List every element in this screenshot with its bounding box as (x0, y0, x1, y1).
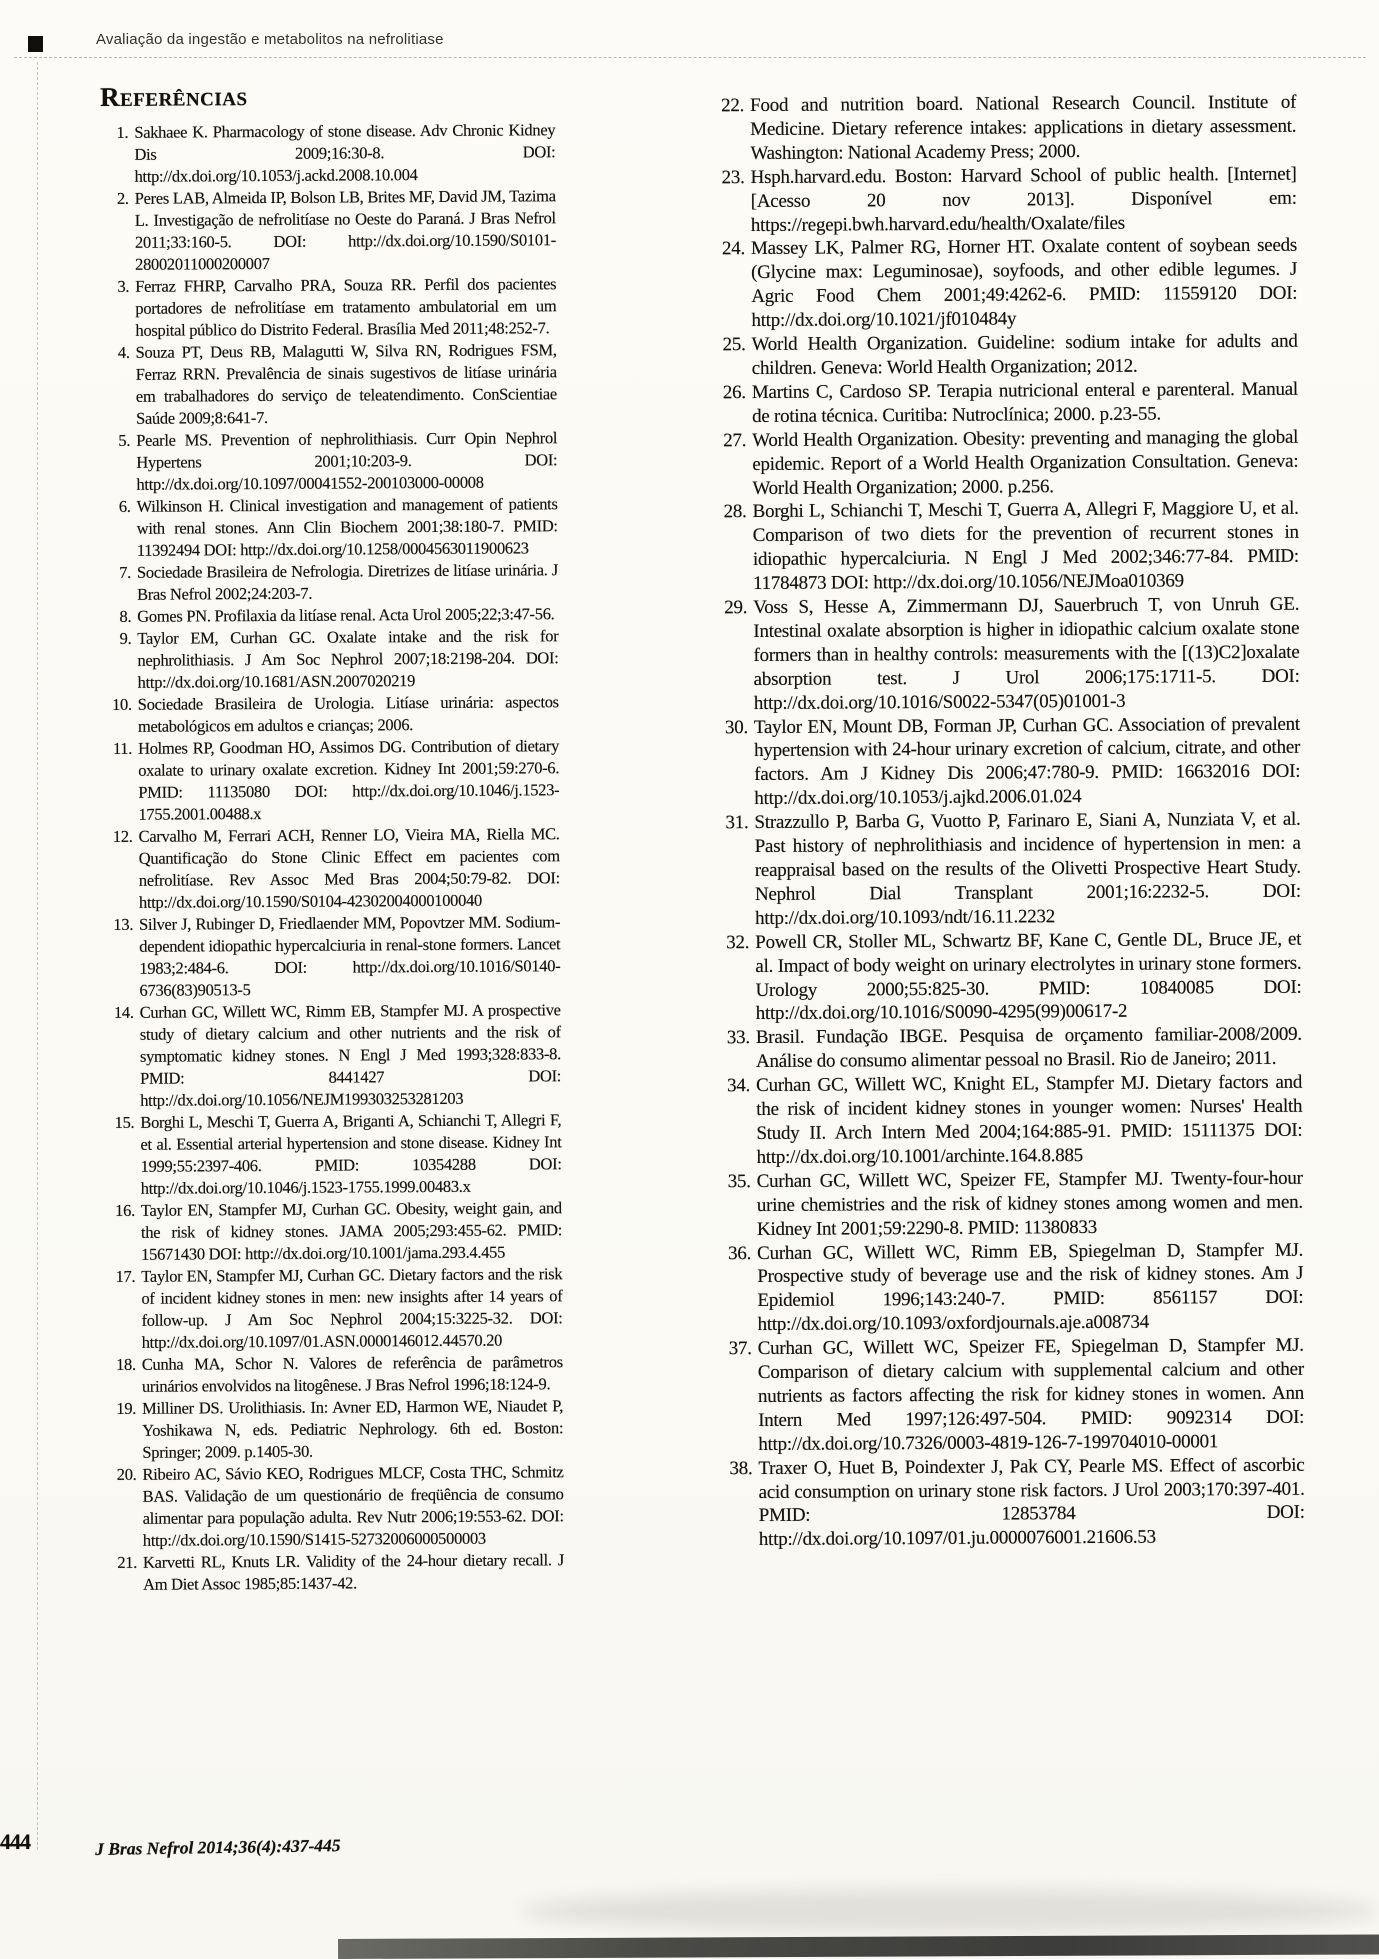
reference-number: 14. (106, 1002, 141, 1112)
reference-text: Massey LK, Palmer RG, Horner HT. Oxalate… (751, 234, 1298, 333)
scan-smudge-artifact (520, 1890, 1379, 1932)
reference-item: 5.Pearle MS. Prevention of nephrolithias… (102, 427, 557, 496)
reference-number: 6. (103, 496, 137, 562)
reference-item: 17.Taylor EN, Stampfer MJ, Curhan GC. Di… (107, 1263, 563, 1354)
running-header-title: Avaliação da ingestão e metabolitos na n… (96, 31, 444, 48)
reference-item: 16.Taylor EN, Stampfer MJ, Curhan GC. Ob… (107, 1197, 562, 1266)
reference-text: Curhan GC, Willett WC, Knight EL, Stampf… (756, 1071, 1303, 1170)
reference-text: World Health Organization. Obesity: prev… (752, 425, 1298, 500)
references-column-left: Referências 1.Sakhaee K. Pharmacology of… (100, 83, 564, 1596)
reference-item: 23.Hsph.harvard.edu. Boston: Harvard Sch… (708, 162, 1297, 237)
reference-number: 28. (710, 500, 754, 596)
reference-text: Souza PT, Deus RB, Malagutti W, Silva RN… (136, 339, 558, 430)
reference-item: 9.Taylor EM, Curhan GC. Oxalate intake a… (103, 625, 558, 694)
reference-number: 18. (108, 1354, 142, 1398)
reference-item: 28.Borghi L, Schianchi T, Meschi T, Guer… (710, 497, 1300, 596)
reference-text: Food and nutrition board. National Resea… (750, 91, 1296, 166)
reference-item: 37.Curhan GC, Willett WC, Speizer FE, Sp… (715, 1334, 1305, 1457)
reference-text: Curhan GC, Willett WC, Speizer FE, Stamp… (757, 1166, 1303, 1241)
reference-text: Taylor EN, Mount DB, Forman JP, Curhan G… (754, 712, 1301, 811)
reference-item: 34.Curhan GC, Willett WC, Knight EL, Sta… (713, 1071, 1303, 1170)
reference-number: 35. (714, 1170, 757, 1242)
reference-item: 35.Curhan GC, Willett WC, Speizer FE, St… (714, 1166, 1303, 1241)
reference-number: 4. (102, 342, 137, 430)
reference-text: Sociedade Brasileira de Nefrologia. Dire… (137, 559, 558, 606)
reference-text: Curhan GC, Willett WC, Rimm EB, Stampfer… (140, 999, 562, 1112)
reference-item: 14.Curhan GC, Willett WC, Rimm EB, Stamp… (106, 999, 562, 1112)
reference-item: 4.Souza PT, Deus RB, Malagutti W, Silva … (102, 339, 558, 430)
reference-text: Wilkinson H. Clinical investigation and … (137, 493, 558, 562)
reference-item: 11.Holmes RP, Goodman HO, Assimos DG. Co… (104, 735, 560, 826)
reference-text: Strazzullo P, Barba G, Vuotto P, Farinar… (754, 808, 1301, 931)
reference-text: Brasil. Fundação IBGE. Pesquisa de orçam… (756, 1023, 1302, 1074)
reference-text: Curhan GC, Willett WC, Speizer FE, Spieg… (758, 1334, 1305, 1457)
left-fold-mark (37, 62, 38, 1850)
reference-item: 18.Cunha MA, Schor N. Valores de referên… (108, 1351, 563, 1398)
reference-item: 7.Sociedade Brasileira de Nefrologia. Di… (103, 559, 558, 606)
reference-number: 27. (709, 429, 752, 501)
reference-number: 33. (713, 1026, 756, 1074)
reference-item: 31.Strazzullo P, Barba G, Vuotto P, Fari… (711, 808, 1301, 931)
scan-dark-band-artifact (338, 1934, 1379, 1959)
reference-number: 30. (711, 716, 755, 812)
reference-text: Holmes RP, Goodman HO, Assimos DG. Contr… (138, 735, 560, 826)
reference-item: 30.Taylor EN, Mount DB, Forman JP, Curha… (711, 712, 1301, 811)
reference-number: 1. (100, 122, 134, 188)
reference-text: Taylor EN, Stampfer MJ, Curhan GC. Dieta… (141, 1263, 563, 1354)
reference-text: Powell CR, Stoller ML, Schwartz BF, Kane… (755, 927, 1302, 1026)
reference-text: Sociedade Brasileira de Urologia. Litías… (138, 691, 559, 738)
reference-item: 32.Powell CR, Stoller ML, Schwartz BF, K… (712, 927, 1302, 1026)
reference-item: 27.World Health Organization. Obesity: p… (709, 425, 1298, 500)
reference-text: Milliner DS. Urolithiasis. In: Avner ED,… (142, 1395, 563, 1464)
reference-number: 29. (710, 596, 754, 716)
reference-number: 36. (714, 1242, 758, 1338)
reference-text: World Health Organization. Guideline: so… (752, 330, 1298, 381)
reference-text: Silver J, Rubinger D, Friedlaender MM, P… (139, 911, 561, 1002)
reference-number: 17. (107, 1266, 142, 1354)
reference-text: Carvalho M, Ferrari ACH, Renner LO, Viei… (139, 823, 561, 914)
reference-number: 21. (109, 1552, 143, 1596)
reference-text: Voss S, Hesse A, Zimmermann DJ, Sauerbru… (753, 593, 1300, 716)
reference-number: 8. (103, 606, 137, 628)
reference-item: 33.Brasil. Fundação IBGE. Pesquisa de or… (713, 1023, 1302, 1074)
reference-text: Karvetti RL, Knuts LR. Validity of the 2… (143, 1549, 564, 1596)
references-list-left: 1.Sakhaee K. Pharmacology of stone disea… (100, 119, 564, 1596)
reference-number: 15. (106, 1112, 141, 1200)
reference-number: 11. (104, 738, 139, 826)
reference-item: 6.Wilkinson H. Clinical investigation an… (103, 493, 558, 562)
reference-item: 29.Voss S, Hesse A, Zimmermann DJ, Sauer… (710, 593, 1300, 716)
reference-number: 10. (104, 694, 138, 738)
reference-number: 23. (708, 166, 751, 238)
reference-number: 32. (712, 931, 756, 1027)
reference-item: 38.Traxer O, Huet B, Poindexter J, Pak C… (715, 1453, 1305, 1552)
reference-text: Ferraz FHRP, Carvalho PRA, Souza RR. Per… (135, 273, 556, 342)
header-divider-dashed (14, 57, 1366, 58)
reference-number: 22. (707, 94, 750, 166)
reference-number: 24. (708, 237, 752, 333)
reference-item: 19.Milliner DS. Urolithiasis. In: Avner … (108, 1395, 563, 1464)
reference-number: 12. (105, 826, 140, 914)
reference-text: Pearle MS. Prevention of nephrolithiasis… (136, 427, 557, 496)
reference-text: Peres LAB, Almeida IP, Bolson LB, Brites… (135, 185, 557, 276)
references-heading: Referências (100, 83, 555, 108)
reference-item: 2.Peres LAB, Almeida IP, Bolson LB, Brit… (101, 185, 557, 276)
reference-text: Taylor EM, Curhan GC. Oxalate intake and… (137, 625, 558, 694)
reference-text: Hsph.harvard.edu. Boston: Harvard School… (750, 162, 1296, 237)
reference-text: Sakhaee K. Pharmacology of stone disease… (134, 119, 555, 188)
reference-item: 24.Massey LK, Palmer RG, Horner HT. Oxal… (708, 234, 1298, 333)
reference-item: 13.Silver J, Rubinger D, Friedlaender MM… (105, 911, 561, 1002)
reference-text: Cunha MA, Schor N. Valores de referência… (142, 1351, 563, 1398)
reference-item: 25.World Health Organization. Guideline:… (709, 330, 1298, 381)
reference-item: 21.Karvetti RL, Knuts LR. Validity of th… (109, 1549, 564, 1596)
reference-text: Ribeiro AC, Sávio KEO, Rodrigues MLCF, C… (142, 1461, 564, 1552)
references-content: Referências 1.Sakhaee K. Pharmacology of… (100, 79, 1305, 1596)
page-number: 444 (0, 1829, 30, 1855)
reference-number: 34. (713, 1074, 757, 1170)
reference-item: 1.Sakhaee K. Pharmacology of stone disea… (100, 119, 555, 188)
reference-number: 5. (102, 430, 136, 496)
reference-text: Traxer O, Huet B, Poindexter J, Pak CY, … (758, 1453, 1305, 1552)
reference-number: 16. (107, 1200, 141, 1266)
reference-number: 26. (709, 381, 752, 429)
reference-item: 36.Curhan GC, Willett WC, Rimm EB, Spieg… (714, 1238, 1304, 1337)
reference-number: 13. (105, 914, 140, 1002)
reference-item: 22.Food and nutrition board. National Re… (707, 91, 1296, 166)
reference-number: 38. (715, 1457, 759, 1553)
reference-number: 20. (108, 1464, 143, 1552)
reference-number: 25. (709, 333, 752, 381)
section-marker-square (28, 36, 43, 52)
reference-number: 37. (715, 1337, 759, 1457)
reference-text: Gomes PN. Profilaxia da litíase renal. A… (137, 603, 558, 628)
reference-number: 9. (103, 628, 137, 694)
reference-number: 2. (101, 188, 136, 276)
reference-item: 26.Martins C, Cardoso SP. Terapia nutric… (709, 378, 1298, 429)
reference-number: 31. (711, 811, 755, 931)
references-column-right: 22.Food and nutrition board. National Re… (707, 79, 1305, 1593)
reference-text: Borghi L, Meschi T, Guerra A, Briganti A… (140, 1109, 562, 1200)
reference-item: 20.Ribeiro AC, Sávio KEO, Rodrigues MLCF… (108, 1461, 564, 1552)
reference-text: Taylor EN, Stampfer MJ, Curhan GC. Obesi… (141, 1197, 562, 1266)
reference-text: Martins C, Cardoso SP. Terapia nutricion… (752, 378, 1298, 429)
reference-text: Borghi L, Schianchi T, Meschi T, Guerra … (753, 497, 1300, 596)
reference-text: Curhan GC, Willett WC, Rimm EB, Spiegelm… (757, 1238, 1304, 1337)
reference-item: 15.Borghi L, Meschi T, Guerra A, Brigant… (106, 1109, 562, 1200)
reference-item: 8.Gomes PN. Profilaxia da litíase renal.… (103, 603, 558, 628)
reference-item: 10.Sociedade Brasileira de Urologia. Lit… (104, 691, 559, 738)
reference-number: 7. (103, 562, 137, 606)
references-list-right: 22.Food and nutrition board. National Re… (707, 91, 1305, 1553)
scanned-paper-page: Avaliação da ingestão e metabolitos na n… (0, 0, 1379, 1959)
reference-item: 3.Ferraz FHRP, Carvalho PRA, Souza RR. P… (101, 273, 556, 342)
reference-number: 19. (108, 1398, 142, 1464)
reference-item: 12.Carvalho M, Ferrari ACH, Renner LO, V… (105, 823, 561, 914)
journal-citation-footer: J Bras Nefrol 2014;36(4):437-445 (95, 1835, 341, 1860)
reference-number: 3. (101, 276, 135, 342)
